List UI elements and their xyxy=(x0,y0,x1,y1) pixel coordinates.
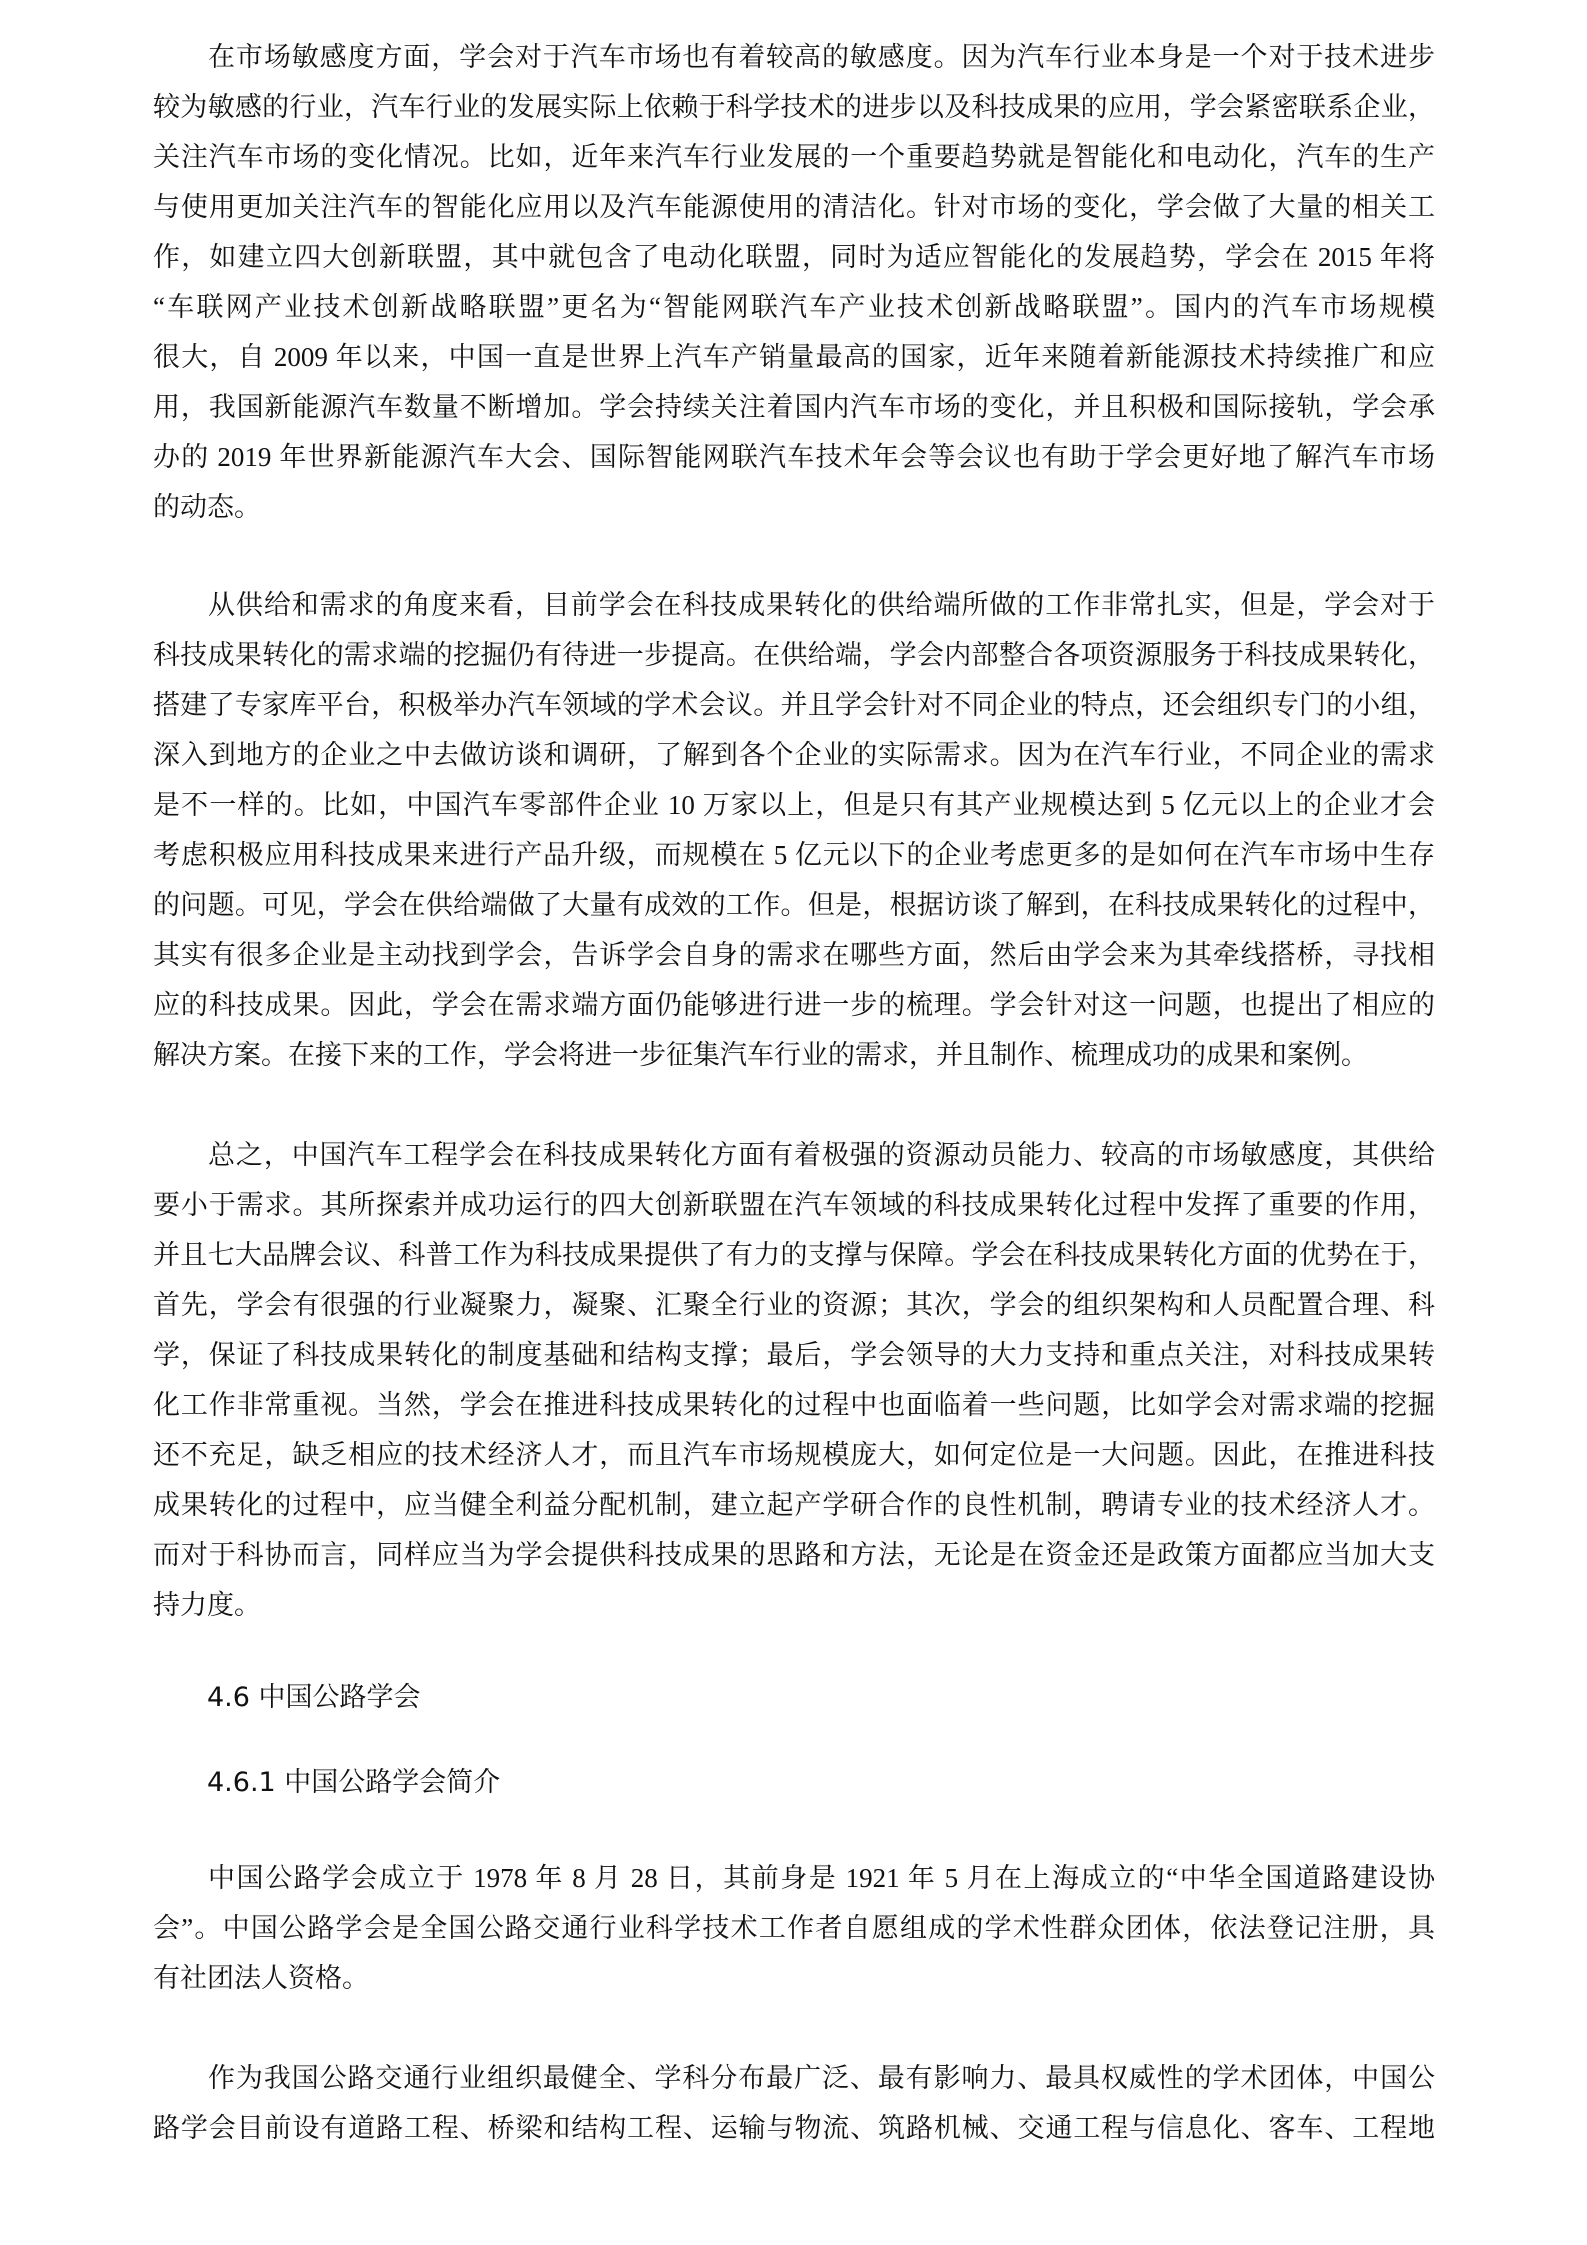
text-line: 中国公路学会成立于 1978 年 8 月 28 日，其前身是 1921 年 5 … xyxy=(208,1853,1435,1903)
text-line: 路学会目前设有道路工程、桥梁和结构工程、运输与物流、筑路机械、交通工程与信息化、… xyxy=(153,2103,1435,2153)
document-page: 在市场敏感度方面，学会对于汽车市场也有着较高的敏感度。因为汽车行业本身是一个对于… xyxy=(0,0,1587,2245)
text-line: 较为敏感的行业，汽车行业的发展实际上依赖于科学技术的进步以及科技成果的应用，学会… xyxy=(153,82,1435,132)
text-line: 学，保证了科技成果转化的制度基础和结构支撑；最后，学会领导的大力支持和重点关注，… xyxy=(153,1330,1435,1380)
text-line: 的问题。可见，学会在供给端做了大量有成效的工作。但是，根据访谈了解到，在科技成果… xyxy=(153,880,1435,930)
text-line: 从供给和需求的角度来看，目前学会在科技成果转化的供给端所做的工作非常扎实，但是，… xyxy=(208,580,1435,630)
text-line: 会”。中国公路学会是全国公路交通行业科学技术工作者自愿组成的学术性群众团体，依法… xyxy=(153,1903,1435,1953)
text-line: 并且七大品牌会议、科普工作为科技成果提供了有力的支撑与保障。学会在科技成果转化方… xyxy=(153,1230,1435,1280)
text-line: 考虑积极应用科技成果来进行产品升级，而规模在 5 亿元以下的企业考虑更多的是如何… xyxy=(153,830,1435,880)
text-line: “车联网产业技术创新战略联盟”更名为“智能网联汽车产业技术创新战略联盟”。国内的… xyxy=(153,282,1435,332)
subsection-heading: 4.6.1 中国公路学会简介 xyxy=(207,1758,500,1808)
text-line: 作为我国公路交通行业组织最健全、学科分布最广泛、最有影响力、最具权威性的学术团体… xyxy=(208,2053,1435,2103)
text-line: 是不一样的。比如，中国汽车零部件企业 10 万家以上，但是只有其产业规模达到 5… xyxy=(153,780,1435,830)
text-line: 首先，学会有很强的行业凝聚力，凝聚、汇聚全行业的资源；其次，学会的组织架构和人员… xyxy=(153,1280,1435,1330)
text-line: 而对于科协而言，同样应当为学会提供科技成果的思路和方法，无论是在资金还是政策方面… xyxy=(153,1530,1435,1580)
text-line: 持力度。 xyxy=(153,1580,1435,1630)
text-line: 化工作非常重视。当然，学会在推进科技成果转化的过程中也面临着一些问题，比如学会对… xyxy=(153,1380,1435,1430)
text-line: 在市场敏感度方面，学会对于汽车市场也有着较高的敏感度。因为汽车行业本身是一个对于… xyxy=(208,32,1435,82)
text-line: 应的科技成果。因此，学会在需求端方面仍能够进行进一步的梳理。学会针对这一问题，也… xyxy=(153,980,1435,1030)
text-line: 科技成果转化的需求端的挖掘仍有待进一步提高。在供给端，学会内部整合各项资源服务于… xyxy=(153,630,1435,680)
text-line: 其实有很多企业是主动找到学会，告诉学会自身的需求在哪些方面，然后由学会来为其牵线… xyxy=(153,930,1435,980)
text-line: 要小于需求。其所探索并成功运行的四大创新联盟在汽车领域的科技成果转化过程中发挥了… xyxy=(153,1180,1435,1230)
text-line: 有社团法人资格。 xyxy=(153,1953,1435,2003)
text-line: 的动态。 xyxy=(153,482,1435,532)
text-line: 搭建了专家库平台，积极举办汽车领域的学术会议。并且学会针对不同企业的特点，还会组… xyxy=(153,680,1435,730)
section-heading: 4.6 中国公路学会 xyxy=(207,1673,421,1723)
text-line: 成果转化的过程中，应当健全利益分配机制，建立起产学研合作的良性机制，聘请专业的技… xyxy=(153,1480,1435,1530)
text-line: 办的 2019 年世界新能源汽车大会、国际智能网联汽车技术年会等会议也有助于学会… xyxy=(153,432,1435,482)
text-line: 总之，中国汽车工程学会在科技成果转化方面有着极强的资源动员能力、较高的市场敏感度… xyxy=(208,1130,1435,1180)
text-line: 很大，自 2009 年以来，中国一直是世界上汽车产销量最高的国家，近年来随着新能… xyxy=(153,332,1435,382)
text-line: 深入到地方的企业之中去做访谈和调研，了解到各个企业的实际需求。因为在汽车行业，不… xyxy=(153,730,1435,780)
text-line: 还不充足，缺乏相应的技术经济人才，而且汽车市场规模庞大，如何定位是一大问题。因此… xyxy=(153,1430,1435,1480)
text-line: 用，我国新能源汽车数量不断增加。学会持续关注着国内汽车市场的变化，并且积极和国际… xyxy=(153,382,1435,432)
text-line: 解决方案。在接下来的工作，学会将进一步征集汽车行业的需求，并且制作、梳理成功的成… xyxy=(153,1030,1435,1080)
text-line: 与使用更加关注汽车的智能化应用以及汽车能源使用的清洁化。针对市场的变化，学会做了… xyxy=(153,182,1435,232)
text-line: 作，如建立四大创新联盟，其中就包含了电动化联盟，同时为适应智能化的发展趋势，学会… xyxy=(153,232,1435,282)
text-line: 关注汽车市场的变化情况。比如，近年来汽车行业发展的一个重要趋势就是智能化和电动化… xyxy=(153,132,1435,182)
